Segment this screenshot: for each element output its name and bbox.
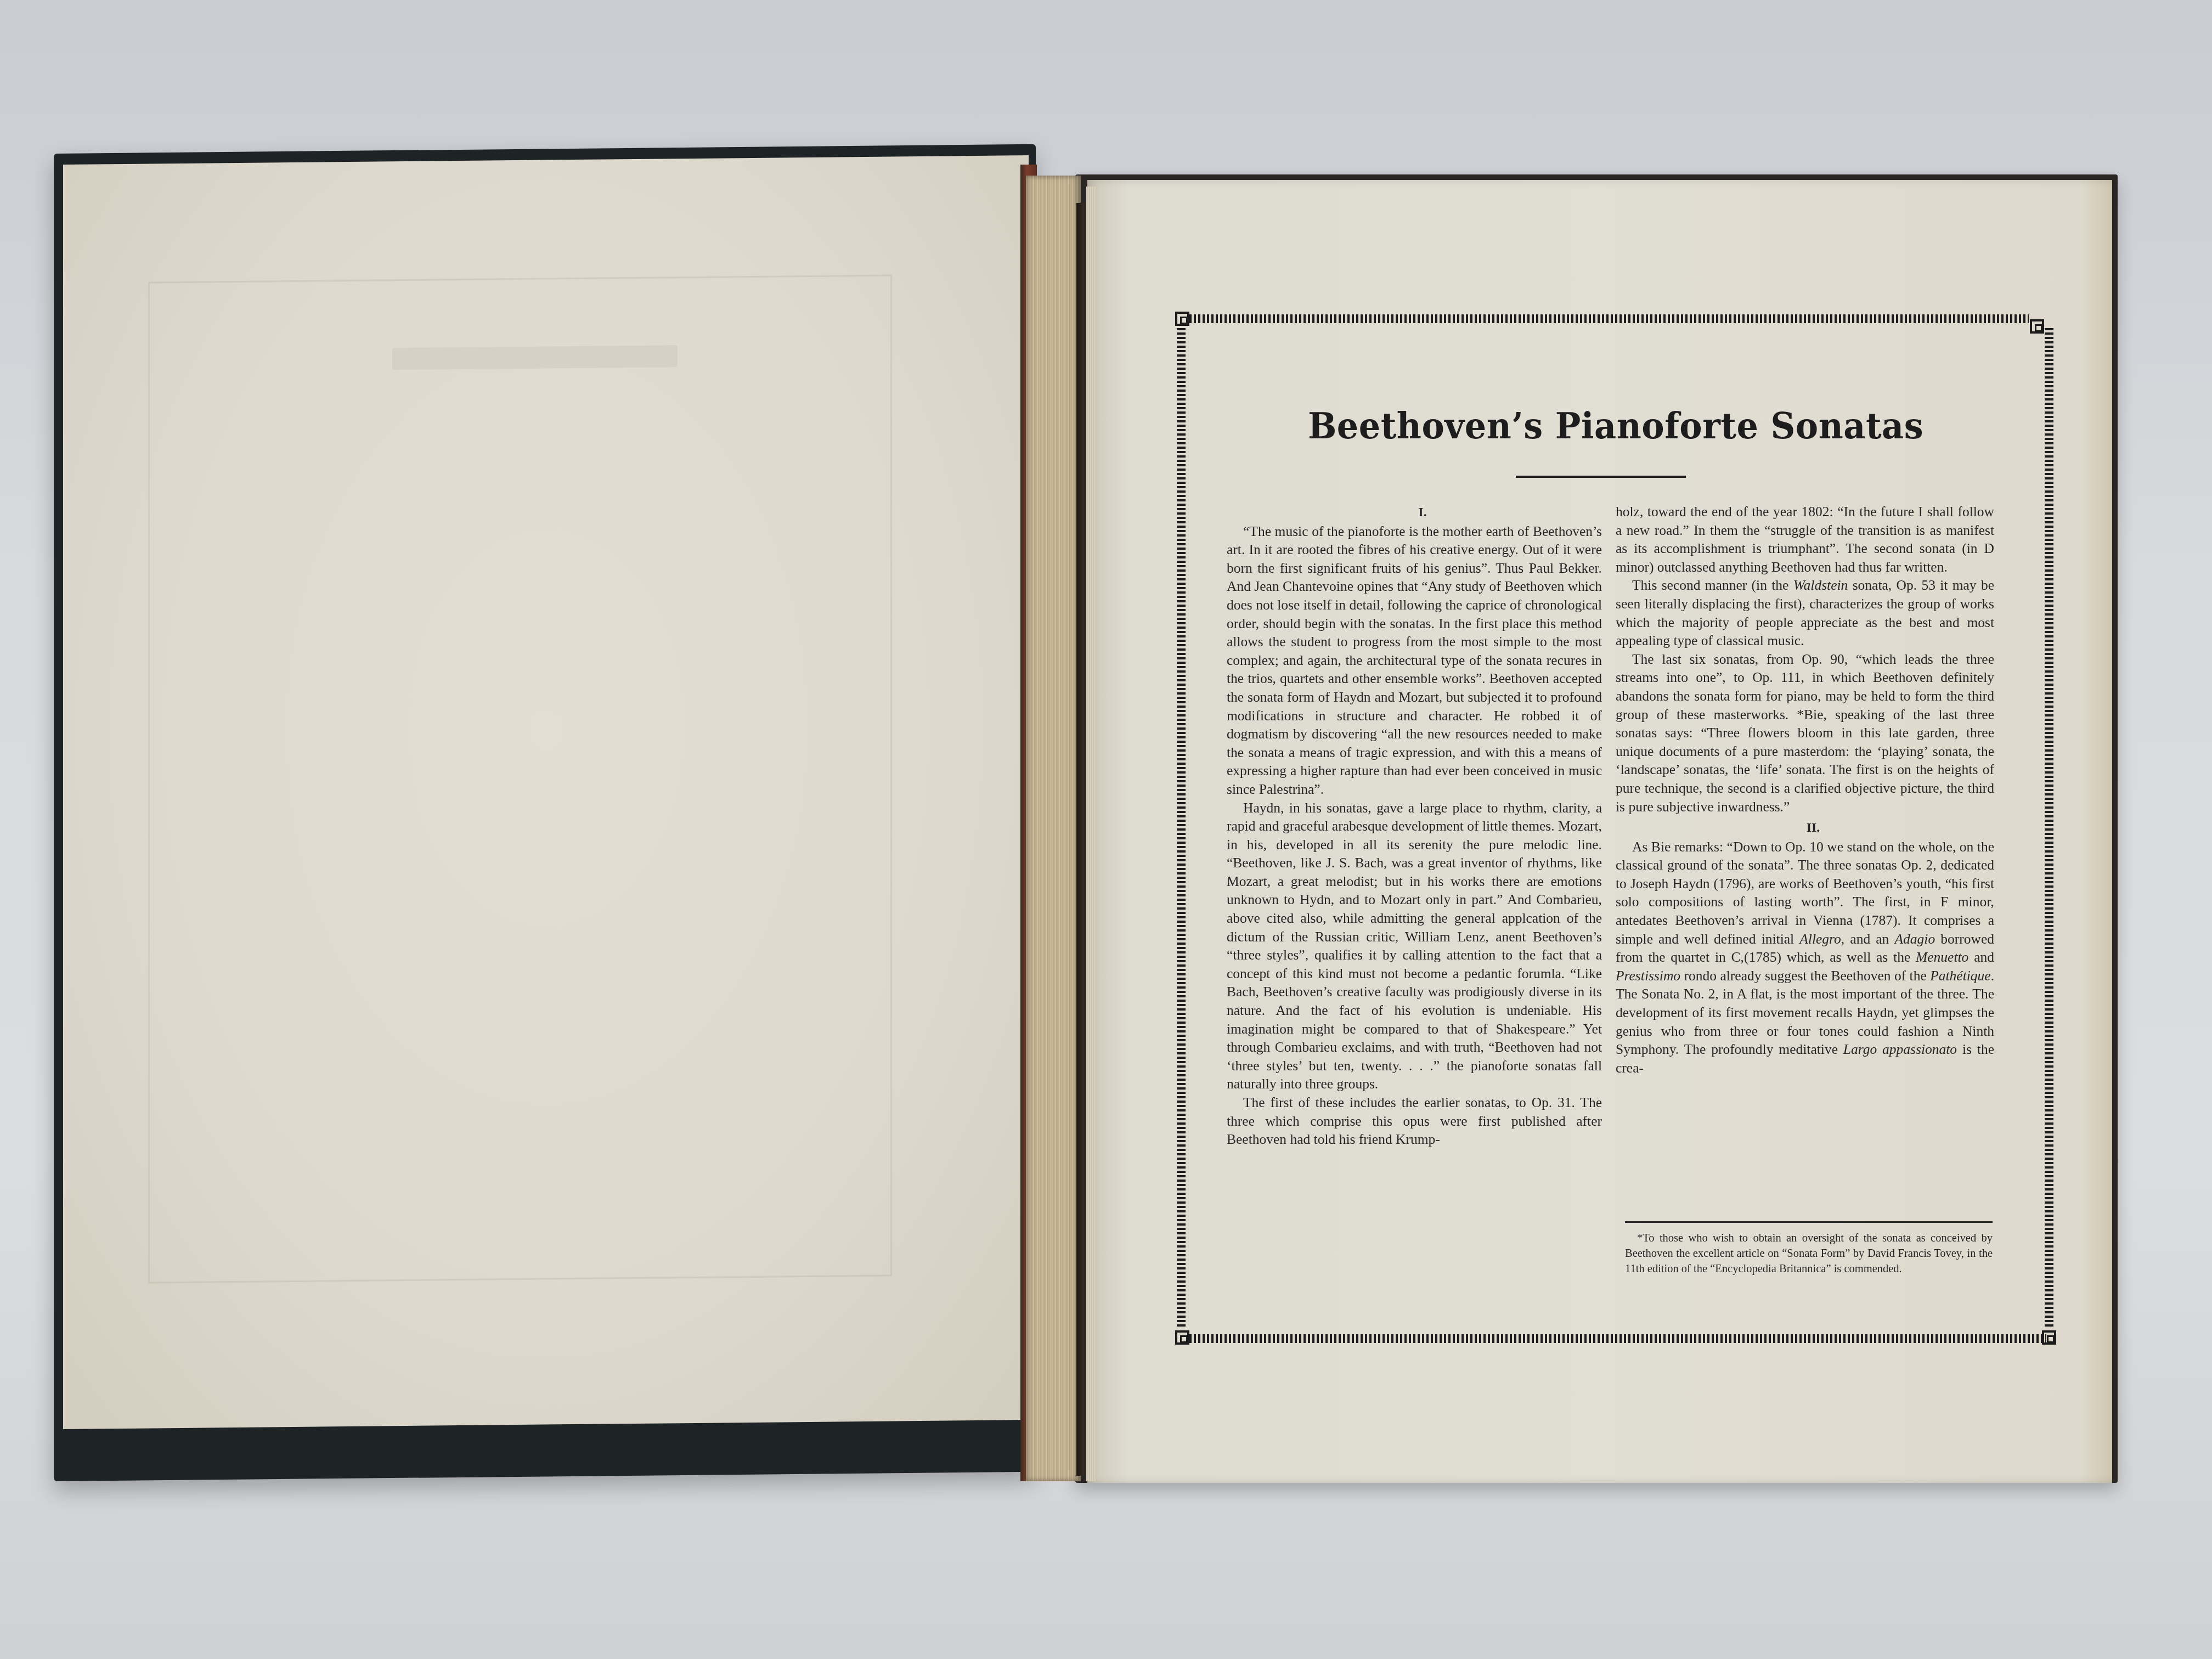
italic-term: Menuetto <box>1916 949 1968 965</box>
paragraph: Haydn, in his sonatas, gave a large plac… <box>1227 799 1602 1094</box>
paragraph: The first of these includes the earlier … <box>1227 1093 1602 1149</box>
paragraph-continuation: holz, toward the end of the year 1802: “… <box>1616 503 1994 576</box>
border-top <box>1189 314 2029 323</box>
paragraph: “The music of the pianoforte is the moth… <box>1227 522 1602 799</box>
right-page-edges <box>1086 187 1096 1481</box>
corner-ornament-bottom-right <box>2042 1330 2056 1345</box>
page-block-edge <box>1026 176 1081 1481</box>
italic-term: Largo appassionato <box>1843 1041 1957 1057</box>
border-right <box>2045 328 2053 1328</box>
corner-ornament-bottom-left <box>1175 1330 1189 1345</box>
italic-term: Allegro <box>1799 931 1841 947</box>
left-page <box>63 155 1029 1429</box>
bleed-through-frame <box>148 274 892 1283</box>
paragraph: As Bie remarks: “Down to Op. 10 we stand… <box>1616 838 1994 1077</box>
gutter-gap <box>1076 203 1084 1476</box>
corner-ornament-top-left <box>1175 312 1189 326</box>
italic-term: Waldstein <box>1793 577 1848 593</box>
footnote: *To those who wish to obtain an oversigh… <box>1625 1231 1993 1277</box>
text-run: rondo already suggest the Beethoven of t… <box>1680 968 1930 984</box>
text-column-left: I. “The music of the pianoforte is the m… <box>1227 504 1602 1149</box>
bleed-through-title <box>392 345 678 370</box>
footnote-rule <box>1625 1221 1993 1223</box>
border-left <box>1177 328 1186 1328</box>
border-bottom <box>1189 1334 2046 1343</box>
title-rule <box>1516 476 1686 478</box>
italic-term: Prestissimo <box>1616 968 1680 984</box>
italic-term: Adagio <box>1894 931 1935 947</box>
section-heading-1: I. <box>1227 504 1602 522</box>
corner-ornament-top-right <box>2030 319 2044 334</box>
paragraph: The last six sonatas, from Op. 90, “whic… <box>1616 650 1994 816</box>
paragraph: This second manner (in the Waldstein son… <box>1616 576 1994 650</box>
text-run: , and an <box>1841 931 1895 947</box>
italic-term: Pathétique <box>1930 968 1990 984</box>
text-column-right: holz, toward the end of the year 1802: “… <box>1616 503 1994 1077</box>
section-heading-2: II. <box>1616 819 1994 838</box>
page-title: Beethoven’s Pianoforte Sonatas <box>1174 405 2057 447</box>
text-run: and <box>1968 949 1994 965</box>
text-run: This second manner (in the <box>1632 577 1793 593</box>
